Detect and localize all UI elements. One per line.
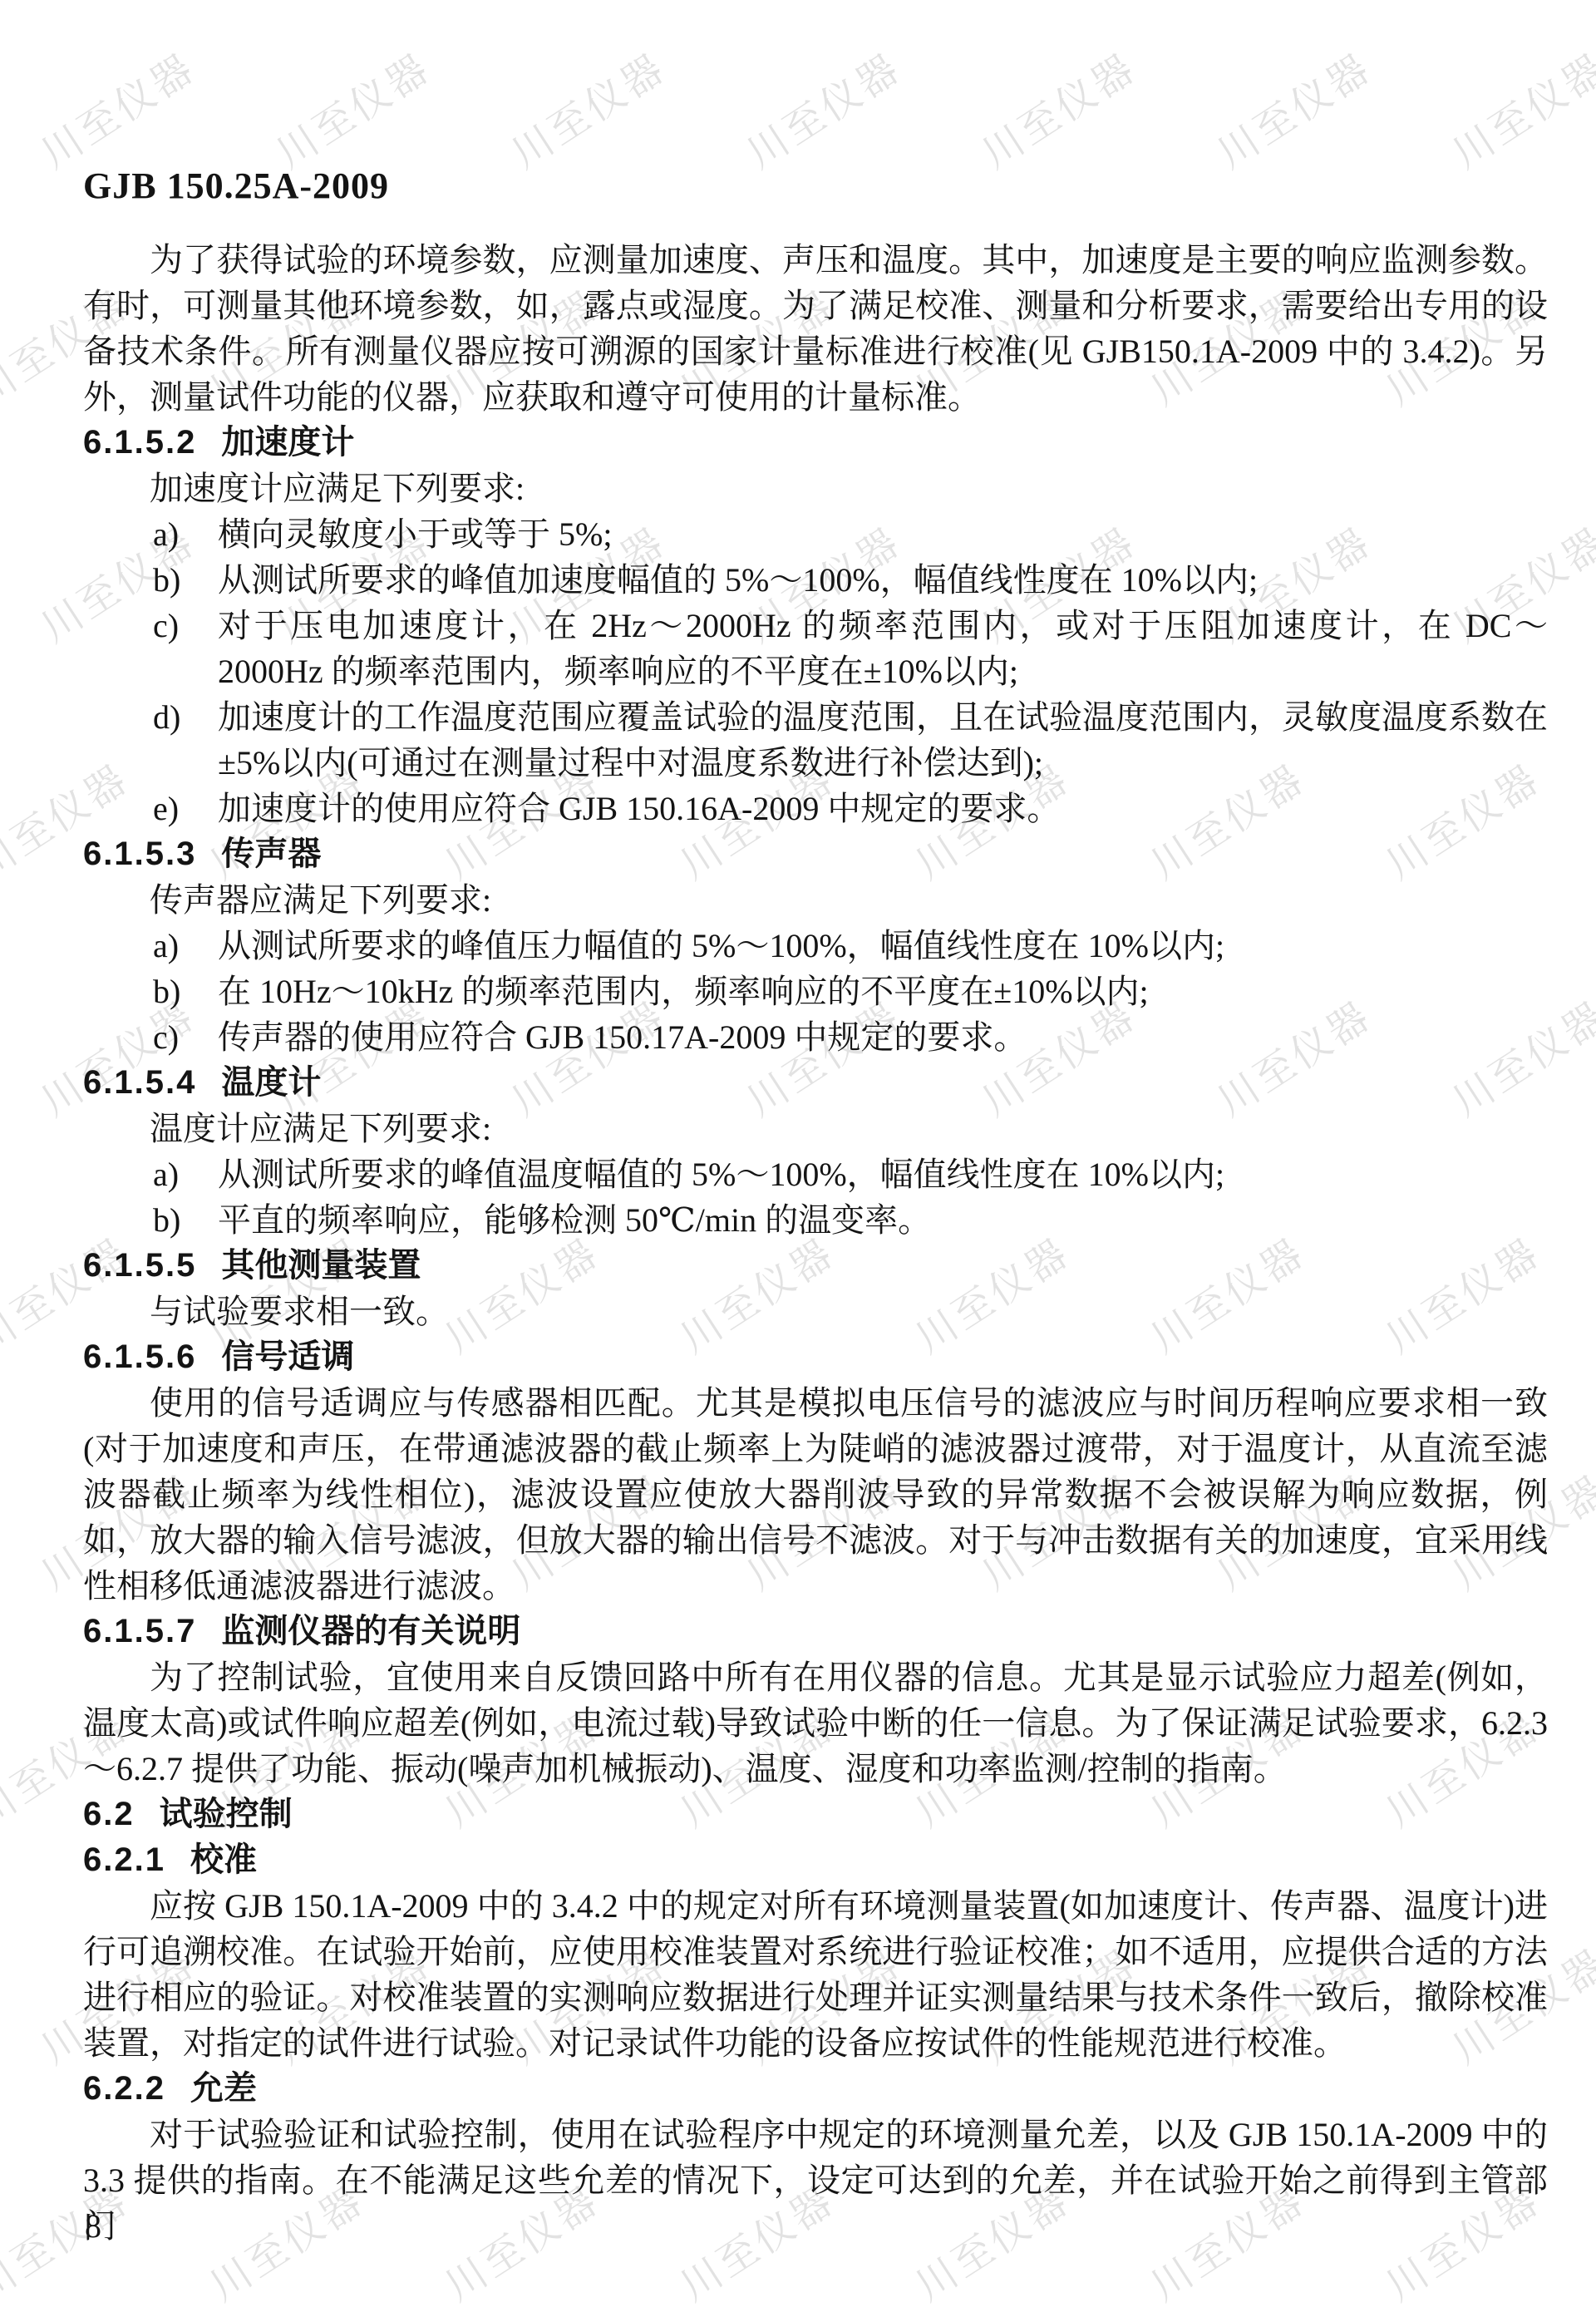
section-title: 校准 xyxy=(190,1841,257,1878)
section-heading: 6.1.5.7监测仪器的有关说明 xyxy=(83,1609,1548,1654)
section-title: 监测仪器的有关说明 xyxy=(221,1613,520,1649)
section-title: 温度计 xyxy=(221,1064,321,1101)
section-heading: 6.1.5.3传声器 xyxy=(83,831,1548,877)
list-item: a)横向灵敏度小于或等于 5%; xyxy=(83,511,1548,557)
list-item: d)加速度计的工作温度范围应覆盖试验的温度范围，且在试验温度范围内，灵敏度温度系… xyxy=(83,694,1548,786)
section-heading: 6.2试验控制 xyxy=(83,1792,1548,1837)
list-item: b)在 10Hz～10kHz 的频率范围内，频率响应的不平度在±10%以内; xyxy=(83,969,1548,1014)
section-title: 信号适调 xyxy=(221,1338,354,1375)
paragraph: 温度计应满足下列要求: xyxy=(83,1106,1548,1151)
watermark-text: 川至仪器 xyxy=(28,37,204,179)
list-item-marker: e) xyxy=(153,786,218,831)
paragraph: 对于试验验证和试验控制，使用在试验程序中规定的环境测量允差，以及 GJB 150… xyxy=(83,2112,1548,2249)
watermark-text: 川至仪器 xyxy=(499,37,675,179)
section-heading: 6.1.5.6信号适调 xyxy=(83,1334,1548,1380)
document-body: 为了获得试验的环境参数，应测量加速度、声压和温度。其中，加速度是主要的响应监测参… xyxy=(83,237,1548,2249)
section-title: 其他测量装置 xyxy=(221,1247,421,1284)
list-item: a)从测试所要求的峰值压力幅值的 5%～100%，幅值线性度在 10%以内; xyxy=(83,923,1548,969)
paragraph: 使用的信号适调应与传感器相匹配。尤其是模拟电压信号的滤波应与时间历程响应要求相一… xyxy=(83,1380,1548,1609)
standard-number-header: GJB 150.25A-2009 xyxy=(83,163,1548,209)
list-item-text: 从测试所要求的峰值加速度幅值的 5%～100%，幅值线性度在 10%以内; xyxy=(218,557,1548,603)
section-title: 允差 xyxy=(190,2070,257,2107)
list-item: e)加速度计的使用应符合 GJB 150.16A-2009 中规定的要求。 xyxy=(83,786,1548,831)
list-item-text: 传声器的使用应符合 GJB 150.17A-2009 中规定的要求。 xyxy=(218,1014,1548,1060)
list-item-marker: c) xyxy=(153,603,218,694)
section-title: 试验控制 xyxy=(160,1796,293,1832)
watermark-text: 川至仪器 xyxy=(1440,37,1596,179)
section-number: 6.2.2 xyxy=(83,2070,165,2107)
scanned-document-page: { "watermark": { "text": "川至仪器", "color"… xyxy=(0,0,1596,2317)
section-title: 传声器 xyxy=(221,836,321,872)
list-item: b)平直的频率响应，能够检测 50℃/min 的温变率。 xyxy=(83,1197,1548,1243)
list-item-marker: a) xyxy=(153,923,218,969)
paragraph: 与试验要求相一致。 xyxy=(83,1289,1548,1334)
section-number: 6.1.5.3 xyxy=(83,836,196,872)
list-item-text: 对于压电加速度计，在 2Hz～2000Hz 的频率范围内，或对于压阻加速度计，在… xyxy=(218,603,1548,694)
section-heading: 6.1.5.5其他测量装置 xyxy=(83,1243,1548,1289)
watermark-text: 川至仪器 xyxy=(969,37,1145,179)
paragraph: 应按 GJB 150.1A-2009 中的 3.4.2 中的规定对所有环境测量装… xyxy=(83,1883,1548,2066)
section-title: 加速度计 xyxy=(221,424,354,461)
paragraph: 为了获得试验的环境参数，应测量加速度、声压和温度。其中，加速度是主要的响应监测参… xyxy=(83,237,1548,420)
list-item-text: 从测试所要求的峰值压力幅值的 5%～100%，幅值线性度在 10%以内; xyxy=(218,923,1548,969)
list-item: c)传声器的使用应符合 GJB 150.17A-2009 中规定的要求。 xyxy=(83,1014,1548,1060)
document-page: GJB 150.25A-2009 为了获得试验的环境参数，应测量加速度、声压和温… xyxy=(83,163,1548,2249)
list-item: c)对于压电加速度计，在 2Hz～2000Hz 的频率范围内，或对于压阻加速度计… xyxy=(83,603,1548,694)
list-item-text: 平直的频率响应，能够检测 50℃/min 的温变率。 xyxy=(218,1197,1548,1243)
list-item-marker: d) xyxy=(153,694,218,786)
section-number: 6.1.5.4 xyxy=(83,1064,196,1101)
list-item-text: 加速度计的工作温度范围应覆盖试验的温度范围，且在试验温度范围内，灵敏度温度系数在… xyxy=(218,694,1548,786)
list-item: b)从测试所要求的峰值加速度幅值的 5%～100%，幅值线性度在 10%以内; xyxy=(83,557,1548,603)
watermark-text: 川至仪器 xyxy=(1204,37,1381,179)
list-item-marker: a) xyxy=(153,1151,218,1197)
list-item-text: 从测试所要求的峰值温度幅值的 5%～100%，幅值线性度在 10%以内; xyxy=(218,1151,1548,1197)
list-item-marker: b) xyxy=(153,969,218,1014)
section-number: 6.1.5.7 xyxy=(83,1613,196,1649)
section-number: 6.2 xyxy=(83,1796,135,1832)
section-heading: 6.2.1校准 xyxy=(83,1837,1548,1883)
section-heading: 6.1.5.4温度计 xyxy=(83,1060,1548,1106)
section-number: 6.2.1 xyxy=(83,1841,165,1878)
list-item-marker: b) xyxy=(153,1197,218,1243)
paragraph: 为了控制试验，宜使用来自反馈回路中所有在用仪器的信息。尤其是显示试验应力超差(例… xyxy=(83,1654,1548,1792)
page-number: 8 xyxy=(85,2203,101,2249)
paragraph: 传声器应满足下列要求: xyxy=(83,877,1548,923)
list-item-text: 横向灵敏度小于或等于 5%; xyxy=(218,511,1548,557)
list-item-marker: c) xyxy=(153,1014,218,1060)
paragraph: 加速度计应满足下列要求: xyxy=(83,466,1548,511)
watermark-text: 川至仪器 xyxy=(734,37,910,179)
section-number: 6.1.5.2 xyxy=(83,424,196,461)
section-heading: 6.1.5.2加速度计 xyxy=(83,420,1548,466)
list-item-text: 加速度计的使用应符合 GJB 150.16A-2009 中规定的要求。 xyxy=(218,786,1548,831)
list-item-text: 在 10Hz～10kHz 的频率范围内，频率响应的不平度在±10%以内; xyxy=(218,969,1548,1014)
list-item-marker: b) xyxy=(153,557,218,603)
section-heading: 6.2.2允差 xyxy=(83,2066,1548,2112)
section-number: 6.1.5.6 xyxy=(83,1338,196,1375)
list-item-marker: a) xyxy=(153,511,218,557)
section-number: 6.1.5.5 xyxy=(83,1247,196,1284)
list-item: a)从测试所要求的峰值温度幅值的 5%～100%，幅值线性度在 10%以内; xyxy=(83,1151,1548,1197)
watermark-text: 川至仪器 xyxy=(264,37,440,179)
